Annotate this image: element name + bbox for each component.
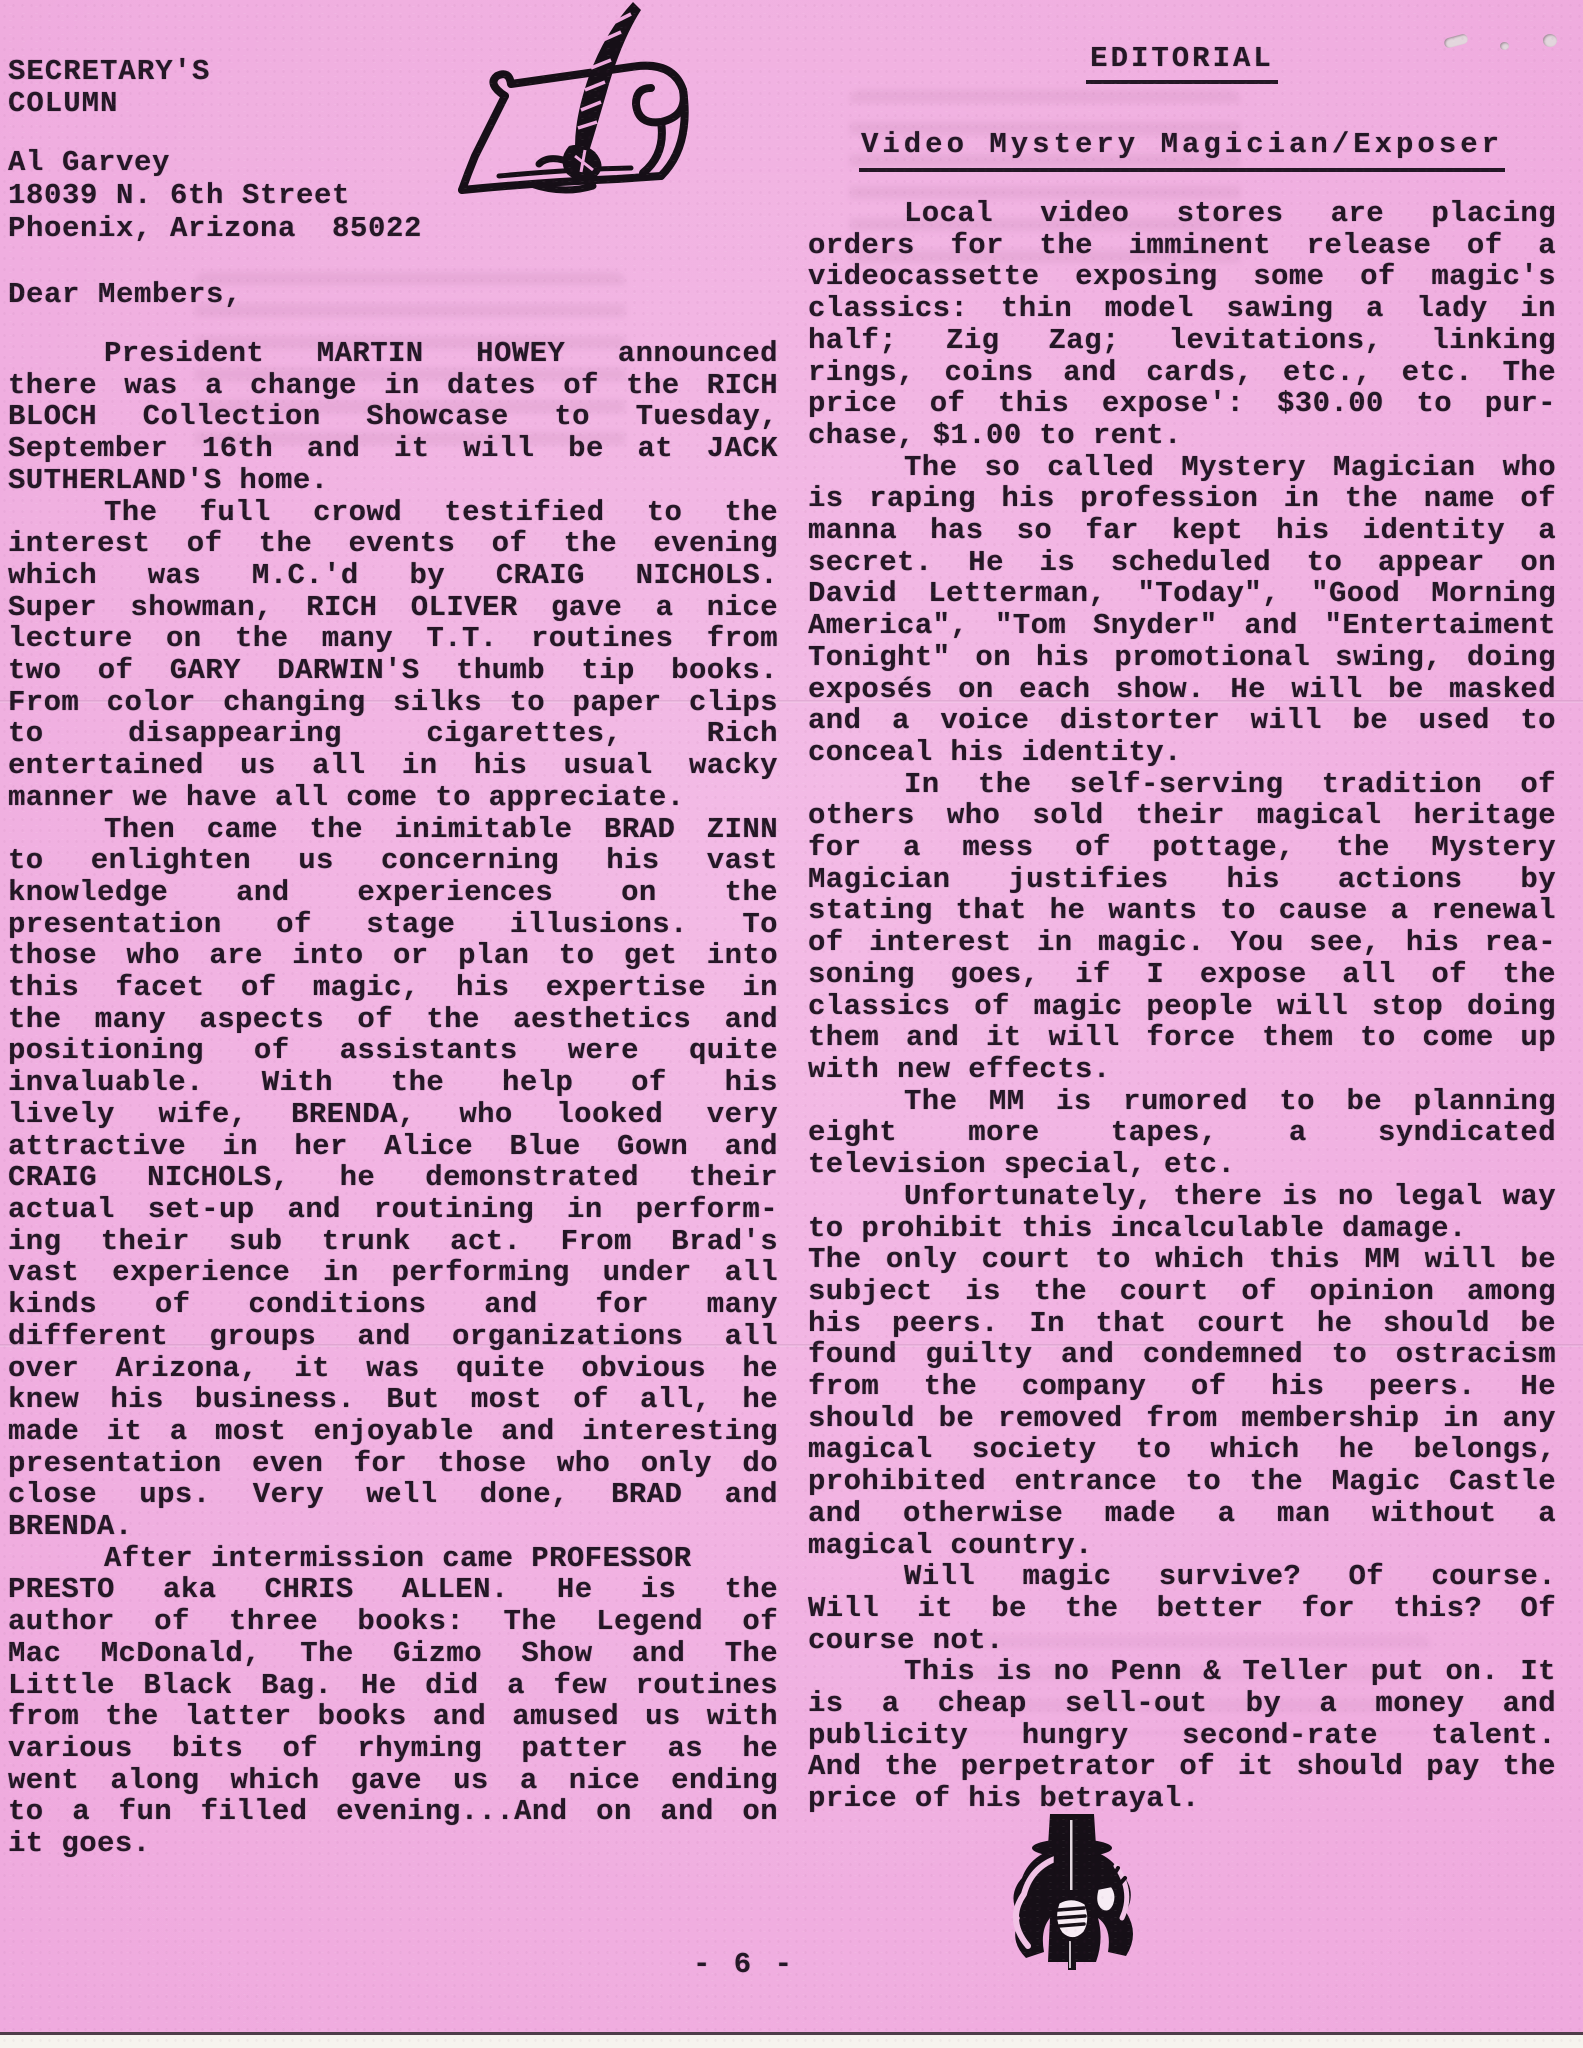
text-line: The only court to which this MM will be [808,1244,1556,1276]
text-line: course not. [808,1625,1556,1657]
text-line: lecture on the many T.T. routines from [8,623,778,655]
text-line: them and it will force them to come up [808,1022,1556,1054]
text-line: invaluable. With the help of his [8,1067,778,1099]
text-line: The so called Mystery Magician who [808,452,1556,484]
secretary-column-body: President MARTIN HOWEY announcedthere wa… [8,338,778,1860]
text-line: various bits of rhyming patter as he [8,1733,778,1765]
text-line: made it a most enjoyable and interesting [8,1416,778,1448]
paragraph: In the self-serving tradition ofothers w… [808,769,1556,1086]
article-title: Video Mystery Magician/Exposer [859,128,1505,172]
text-line: chase, $1.00 to rent. [808,420,1556,452]
text-line: Al Garvey [8,146,778,179]
text-line: presentation of stage illusions. To [8,909,778,941]
text-line: television special, etc. [808,1149,1556,1181]
paragraph: The so called Mystery Magician whois rap… [808,452,1556,769]
text-line: magical country. [808,1530,1556,1562]
paragraph: Will magic survive? Of course.Will it be… [808,1561,1556,1656]
text-line: entertained us all in his usual wacky [8,750,778,782]
text-line: to enlighten us concerning his vast [8,845,778,877]
text-line: September 16th and it will be at JACK [8,433,778,465]
text-line: orders for the imminent release of a [808,230,1556,262]
secretary-address: Al Garvey18039 N. 6th StreetPhoenix, Ari… [8,146,778,245]
text-line: close ups. Very well done, BRAD and [8,1479,778,1511]
paragraph: The only court to which this MM will bes… [808,1244,1556,1561]
text-line: From color changing silks to paper clips [8,687,778,719]
text-line: rings, coins and cards, etc., etc. The [808,357,1556,389]
text-line: manner we have all come to appreciate. [8,782,778,814]
text-line: Tonight" on his promotional swing, doing [808,642,1556,674]
text-line: knowledge and experiences on the [8,877,778,909]
text-line: this facet of magic, his expertise in [8,972,778,1004]
newsletter-page: SECRETARY'SCOLUMN Al Garvey18039 N. 6th … [0,0,1583,2048]
editorial-body: Local video stores are placingorders for… [808,198,1556,1815]
magician-illustration [998,1812,1143,1977]
text-line: President MARTIN HOWEY announced [8,338,778,370]
text-line: Then came the inimitable BRAD ZINN [8,814,778,846]
text-line: Mac McDonald, The Gizmo Show and The [8,1638,778,1670]
text-line: the many aspects of the aesthetics and [8,1004,778,1036]
text-line: America", "Tom Snyder" and "Entertaiment [808,610,1556,642]
text-line: In the self-serving tradition of [808,769,1556,801]
left-column: SECRETARY'SCOLUMN [8,56,778,120]
text-line: to prohibit this incalculable damage. [808,1213,1556,1245]
text-line: to disappearing cigarettes, Rich [8,718,778,750]
text-line: from the company of his peers. He [808,1371,1556,1403]
text-line: classics: thin model sawing a lady in [808,293,1556,325]
text-line: attractive in her Alice Blue Gown and [8,1131,778,1163]
text-line: from the latter books and amused us with [8,1701,778,1733]
text-line: is a cheap sell-out by a money and [808,1688,1556,1720]
paragraph: Then came the inimitable BRAD ZINNto enl… [8,814,778,1543]
text-line: manna has so far kept his identity a [808,515,1556,547]
text-line: presentation even for those who only do [8,1448,778,1480]
text-line: interest of the events of the evening [8,528,778,560]
text-line: publicity hungry second-rate talent. [808,1720,1556,1752]
text-line: Magician justifies his actions by [808,864,1556,896]
text-line: And the perpetrator of it should pay the [808,1751,1556,1783]
text-line: soning goes, if I expose all of the [808,959,1556,991]
paragraph: This is no Penn & Teller put on. Itis a … [808,1656,1556,1815]
paragraph: After intermission came PROFESSOR [8,1543,778,1575]
text-line: prohibited entrance to the Magic Castle [808,1466,1556,1498]
text-line: classics of magic people will stop doing [808,991,1556,1023]
text-line: magical society to which he belongs, [808,1434,1556,1466]
text-line: price of his betrayal. [808,1783,1556,1815]
text-line: with new effects. [808,1054,1556,1086]
text-line: Will it be the better for this? Of [808,1593,1556,1625]
text-line: price of this expose': $30.00 to pur- [808,388,1556,420]
text-line: is raping his profession in the name of [808,483,1556,515]
paragraph: The MM is rumored to be planningeight mo… [808,1086,1556,1181]
paragraph: President MARTIN HOWEY announcedthere wa… [8,338,778,497]
text-line: which was M.C.'d by CRAIG NICHOLS. [8,560,778,592]
text-line: Phoenix, Arizona 85022 [8,212,778,245]
text-line: exposés on each show. He will be masked [808,674,1556,706]
text-line: secret. He is scheduled to appear on [808,547,1556,579]
text-line: actual set-up and routining in perform- [8,1194,778,1226]
text-line: Local video stores are placing [808,198,1556,230]
text-line: videocassette exposing some of magic's [808,261,1556,293]
text-line: eight more tapes, a syndicated [808,1117,1556,1149]
text-line: lively wife, BRENDA, who looked very [8,1099,778,1131]
text-line: vast experience in performing under all [8,1257,778,1289]
text-line: CRAIG NICHOLS, he demonstrated their [8,1162,778,1194]
text-line: of interest in magic. You see, his rea- [808,927,1556,959]
text-line: subject is the court of opinion among [808,1276,1556,1308]
text-line: it goes. [8,1828,778,1860]
page-number: - 6 - [693,1948,795,1981]
text-line: went along which gave us a nice ending [8,1765,778,1797]
text-line: 18039 N. 6th Street [8,179,778,212]
text-line: BLOCH Collection Showcase to Tuesday, [8,401,778,433]
text-line: The MM is rumored to be planning [808,1086,1556,1118]
text-line: to a fun filled evening...And on and on [8,1796,778,1828]
text-line: kinds of conditions and for many [8,1289,778,1321]
magician-icon [998,1812,1143,1977]
text-line: should be removed from membership in any [808,1403,1556,1435]
paragraph: Local video stores are placingorders for… [808,198,1556,452]
text-line: over Arizona, it was quite obvious he [8,1353,778,1385]
text-line: David Letterman, "Today", "Good Morning [808,578,1556,610]
text-line: there was a change in dates of the RICH [8,370,778,402]
text-line: for a mess of pottage, the Mystery [808,832,1556,864]
text-line: his peers. In that court he should be [808,1308,1556,1340]
text-line: and a voice distorter will be used to [808,705,1556,737]
paragraph: The full crowd testified to theinterest … [8,497,778,814]
text-line: two of GARY DARWIN'S thumb tip books. [8,655,778,687]
salutation: Dear Members, [8,278,778,311]
text-line: knew his business. But most of all, he [8,1384,778,1416]
text-line: SECRETARY'S [8,56,778,88]
text-line: found guilty and condemned to ostracism [808,1339,1556,1371]
text-line: Little Black Bag. He did a few routines [8,1670,778,1702]
paragraph: Unfortunately, there is no legal wayto p… [808,1181,1556,1244]
text-line: The full crowd testified to the [8,497,778,529]
text-line: half; Zig Zag; levitations, linking [808,325,1556,357]
text-line: BRENDA. [8,1511,778,1543]
editorial-title: EDITORIAL [1086,42,1278,84]
text-line: author of three books: The Legend of [8,1606,778,1638]
text-line: stating that he wants to cause a renewal [808,895,1556,927]
secretarys-column-header: SECRETARY'SCOLUMN [8,56,778,120]
text-line: After intermission came PROFESSOR [8,1543,778,1575]
text-line: others who sold their magical heritage [808,800,1556,832]
text-line: conceal his identity. [808,737,1556,769]
text-line: positioning of assistants were quite [8,1035,778,1067]
text-line: different groups and organizations all [8,1321,778,1353]
text-line: Will magic survive? Of course. [808,1561,1556,1593]
text-line: COLUMN [8,88,778,120]
article-title-wrap: Video Mystery Magician/Exposer [808,128,1556,172]
text-line: ing their sub trunk act. From Brad's [8,1226,778,1258]
editorial-header: EDITORIAL [808,42,1556,84]
text-line: SUTHERLAND'S home. [8,465,778,497]
text-line: Unfortunately, there is no legal way [808,1181,1556,1213]
text-line: and otherwise made a man without a [808,1498,1556,1530]
text-line: PRESTO aka CHRIS ALLEN. He is the [8,1574,778,1606]
text-line: This is no Penn & Teller put on. It [808,1656,1556,1688]
text-line: Super showman, RICH OLIVER gave a nice [8,592,778,624]
text-line: those who are into or plan to get into [8,940,778,972]
scan-edge [0,2032,1583,2048]
paragraph: PRESTO aka CHRIS ALLEN. He is theauthor … [8,1574,778,1859]
